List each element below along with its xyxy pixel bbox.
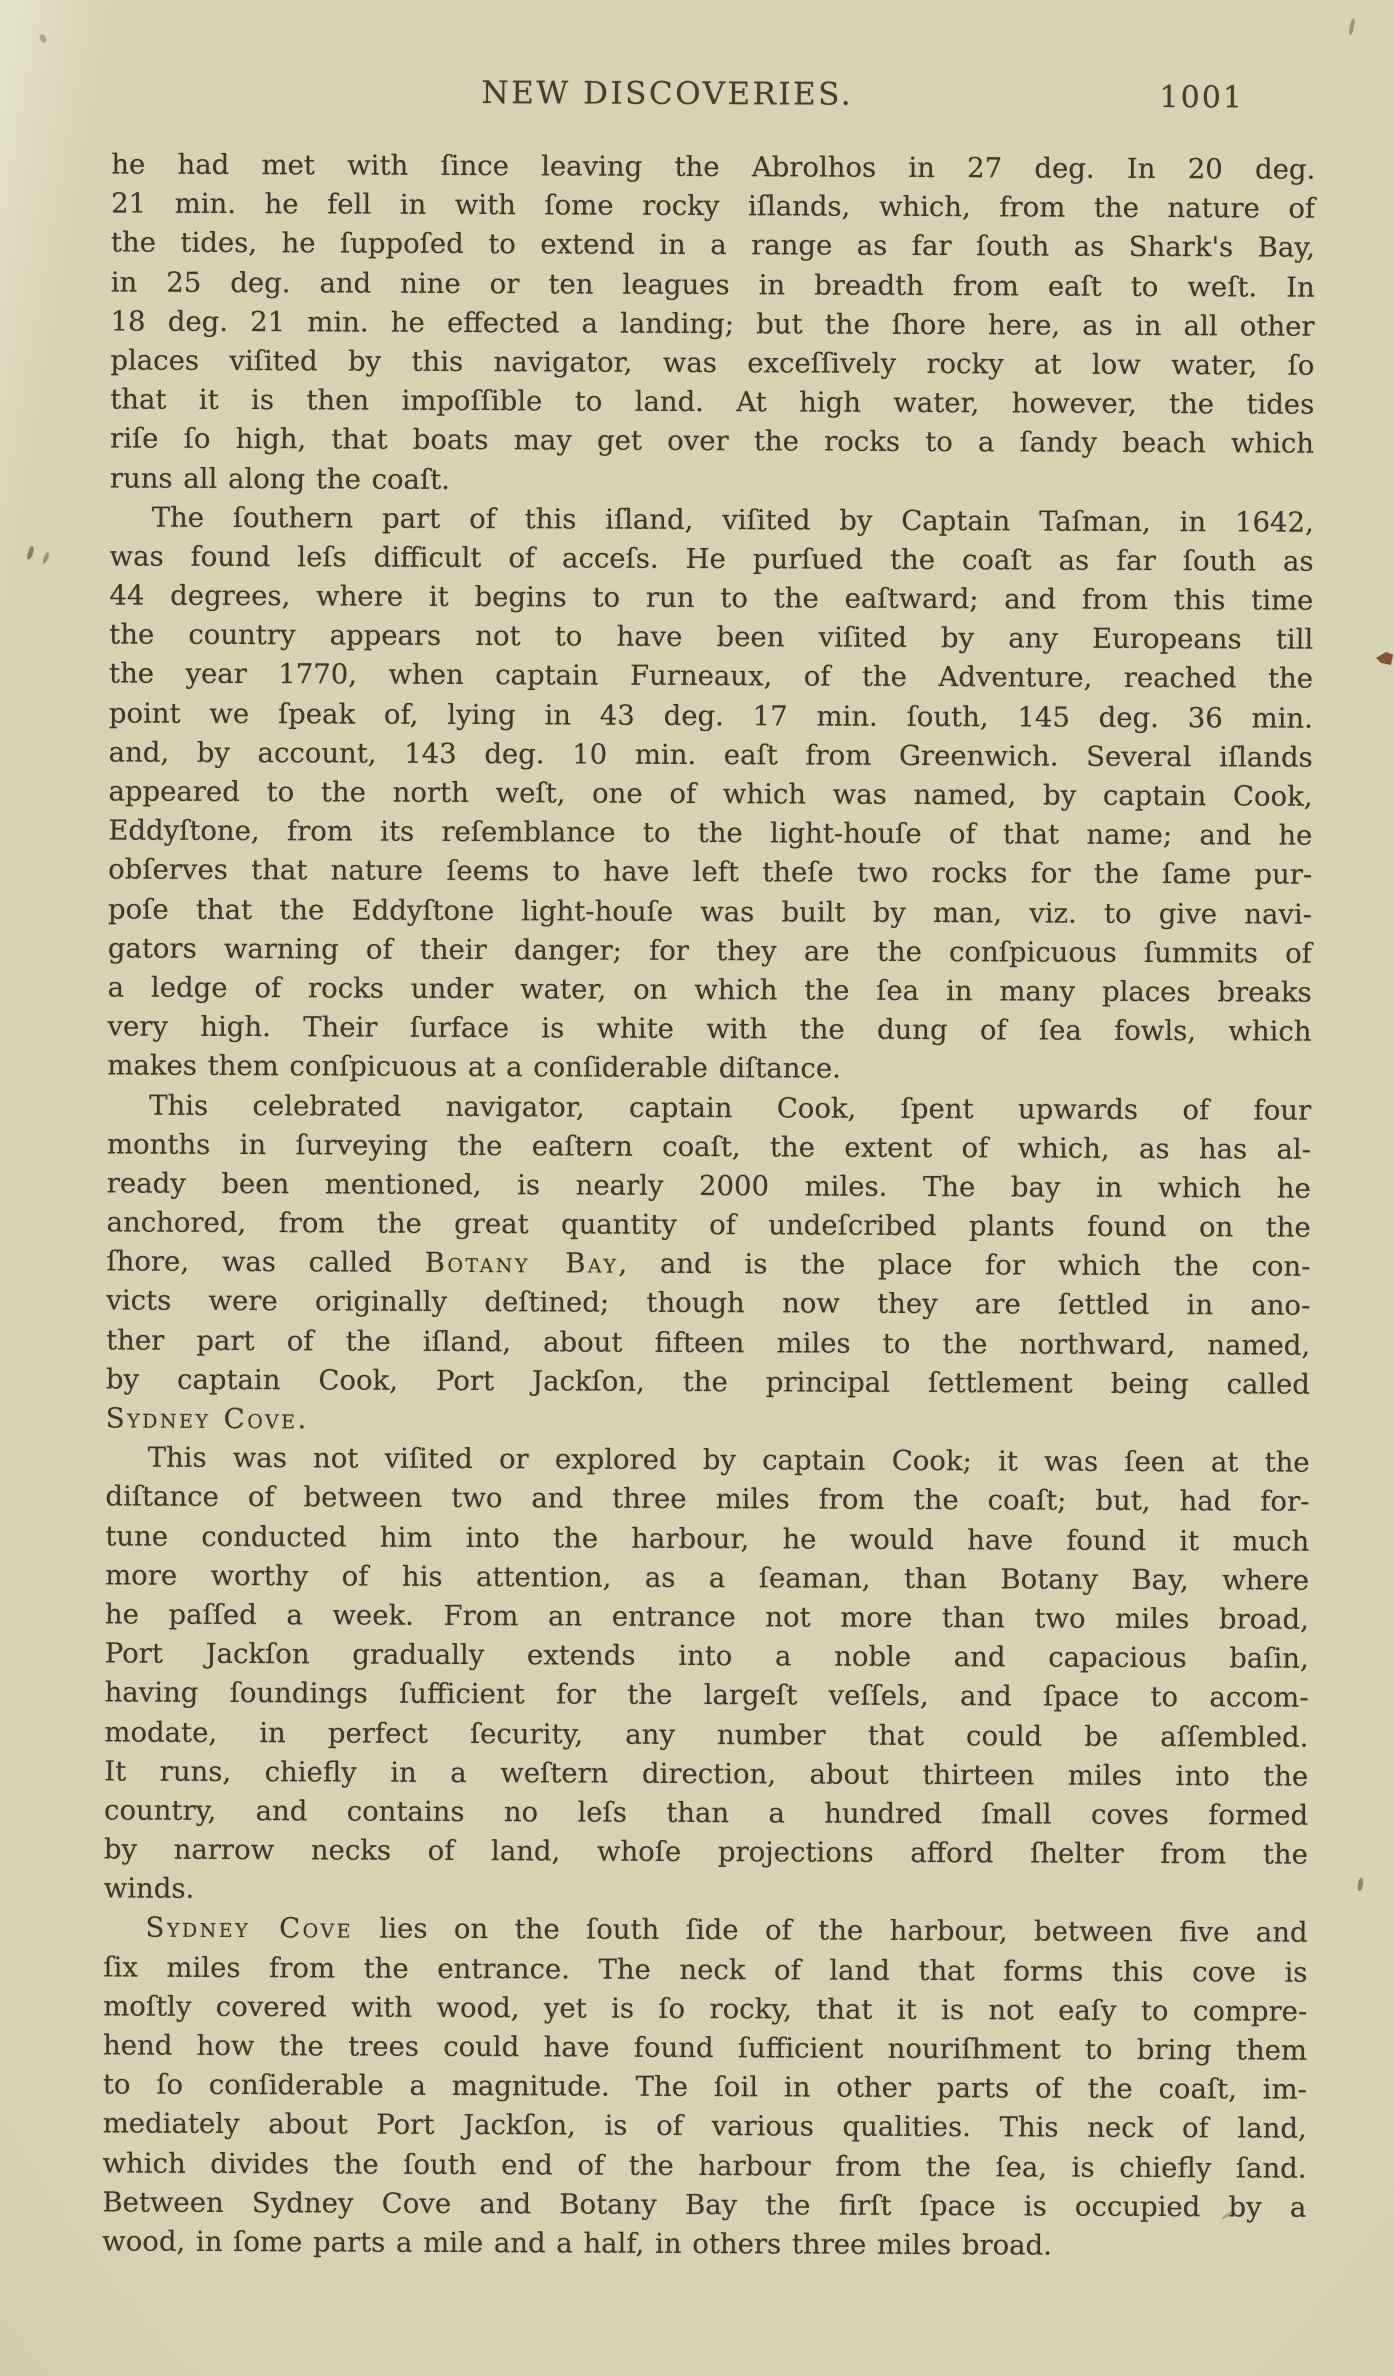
- small-caps-text: Sydney Cove: [106, 1402, 298, 1435]
- text-line: Eddyſtone, from its reſemblance to the l…: [108, 812, 1312, 856]
- paragraph: he had met with ſince leaving the Abrolh…: [110, 145, 1316, 503]
- text-line: very high. Their ſurface is white with t…: [107, 1008, 1311, 1052]
- text-line: riſe ſo high, that boats may get over th…: [110, 420, 1314, 464]
- text-line: It runs, chiefly in a weſtern direction,…: [104, 1752, 1308, 1796]
- paragraph: The ſouthern part of this iſland, viſite…: [107, 498, 1314, 1091]
- text-line: makes them conſpicuous at a conſiderable…: [107, 1047, 1311, 1091]
- text-line: modate, in perfect ſecurity, any number …: [104, 1713, 1308, 1757]
- paragraph: This celebrated navigator, captain Cook,…: [106, 1086, 1312, 1444]
- page-number: 1001: [1160, 80, 1245, 115]
- text-line: the tides, he ſuppoſed to extend in a ra…: [111, 224, 1315, 268]
- text-line: having ſoundings ſufficient for the larg…: [105, 1674, 1309, 1718]
- text-line: poſe that the Eddyſtone light-houſe was …: [108, 890, 1312, 934]
- text-line: tune conducted him into the harbour, he …: [105, 1517, 1309, 1561]
- text-line: wood, in ſome parts a mile and a half, i…: [102, 2222, 1306, 2266]
- small-caps-text: Botany Bay: [425, 1247, 619, 1280]
- text-line: 18 deg. 21 min. he effected a landing; b…: [111, 302, 1315, 346]
- text-line: in 25 deg. and nine or ten leagues in br…: [111, 263, 1315, 307]
- text-line: the country appears not to have been viſ…: [109, 616, 1313, 660]
- text-line: diſtance of between two and three miles …: [105, 1478, 1309, 1522]
- text-line: he paſſed a week. From an entrance not m…: [105, 1595, 1309, 1639]
- text-line: This celebrated navigator, captain Cook,…: [107, 1086, 1311, 1130]
- text-line: Between Sydney Cove and Botany Bay the f…: [102, 2183, 1306, 2227]
- text-line: Port Jackſon gradually extends into a no…: [105, 1635, 1309, 1679]
- text-line: runs all along the coaſt.: [110, 459, 1314, 503]
- text-line: moſtly covered with wood, yet is ſo rock…: [103, 1987, 1307, 2031]
- page-content: NEW DISCOVERIES. 1001 he had met with ſi…: [0, 0, 1394, 2376]
- text-line: ther part of the iſland, about fifteen m…: [106, 1321, 1310, 1365]
- text-line: 44 degrees, where it begins to run to th…: [109, 577, 1313, 621]
- text-line: winds.: [104, 1870, 1308, 1914]
- text-line: This was not viſited or explored by capt…: [106, 1439, 1310, 1483]
- text-line: ready been mentioned, is nearly 2000 mil…: [107, 1164, 1311, 1208]
- text-line: places viſited by this navigator, was ex…: [110, 341, 1314, 385]
- text-line: by narrow necks of land, whoſe projectio…: [104, 1830, 1308, 1874]
- text-line: country, and contains no leſs than a hun…: [104, 1791, 1308, 1835]
- text-line: which divides the ſouth end of the harbo…: [102, 2144, 1306, 2188]
- text-line: appeared to the north weſt, one of which…: [108, 772, 1312, 816]
- text-line: ſix miles from the entrance. The neck of…: [103, 1948, 1307, 1992]
- text-line: by captain Cook, Port Jackſon, the princ…: [106, 1360, 1310, 1404]
- text-line: to ſo conſiderable a magnitude. The ſoil…: [103, 2066, 1307, 2110]
- text-line: hend how the trees could have found ſuff…: [103, 2026, 1307, 2070]
- text-line: the year 1770, when captain Furneaux, of…: [109, 655, 1313, 699]
- text-line: and, by account, 143 deg. 10 min. eaſt f…: [109, 733, 1313, 777]
- text-line: Sydney Cove lies on the ſouth ſide of th…: [103, 1909, 1307, 1953]
- text-line: gators warning of their danger; for they…: [108, 929, 1312, 973]
- text-line: Sydney Cove.: [106, 1399, 1310, 1443]
- scanned-book-page: NEW DISCOVERIES. 1001 he had met with ſi…: [0, 0, 1394, 2376]
- running-title: NEW DISCOVERIES.: [482, 75, 854, 113]
- text-line: more worthy of his attention, as a ſeama…: [105, 1556, 1309, 1600]
- text-line: that it is then impoſſible to land. At h…: [110, 381, 1314, 425]
- text-line: obſerves that nature ſeems to have left …: [108, 851, 1312, 895]
- text-line: a ledge of rocks under water, on which t…: [108, 968, 1312, 1012]
- text-line: was found leſs difficult of acceſs. He p…: [109, 537, 1313, 581]
- small-caps-text: Sydney Cove: [146, 1912, 354, 1945]
- text-line: he had met with ſince leaving the Abrolh…: [111, 145, 1315, 189]
- text-line: months in ſurveying the eaſtern coaſt, t…: [107, 1125, 1311, 1169]
- text-line: anchored, from the great quantity of und…: [107, 1203, 1311, 1247]
- text-line: 21 min. he fell in with ſome rocky iſlan…: [111, 185, 1315, 229]
- page-header: NEW DISCOVERIES. 1001: [0, 0, 1394, 143]
- paragraph: This was not viſited or explored by capt…: [104, 1439, 1310, 1914]
- text-line: mediately about Port Jackſon, is of vari…: [103, 2105, 1307, 2149]
- text-line: The ſouthern part of this iſland, viſite…: [110, 498, 1314, 542]
- text-line: ſhore, was called Botany Bay, and is the…: [106, 1243, 1310, 1287]
- text-block: he had met with ſince leaving the Abrolh…: [102, 145, 1315, 2266]
- text-line: point we ſpeak of, lying in 43 deg. 17 m…: [109, 694, 1313, 738]
- text-line: victs were originally deſtined; though n…: [106, 1282, 1310, 1326]
- paragraph: Sydney Cove lies on the ſouth ſide of th…: [102, 1909, 1308, 2267]
